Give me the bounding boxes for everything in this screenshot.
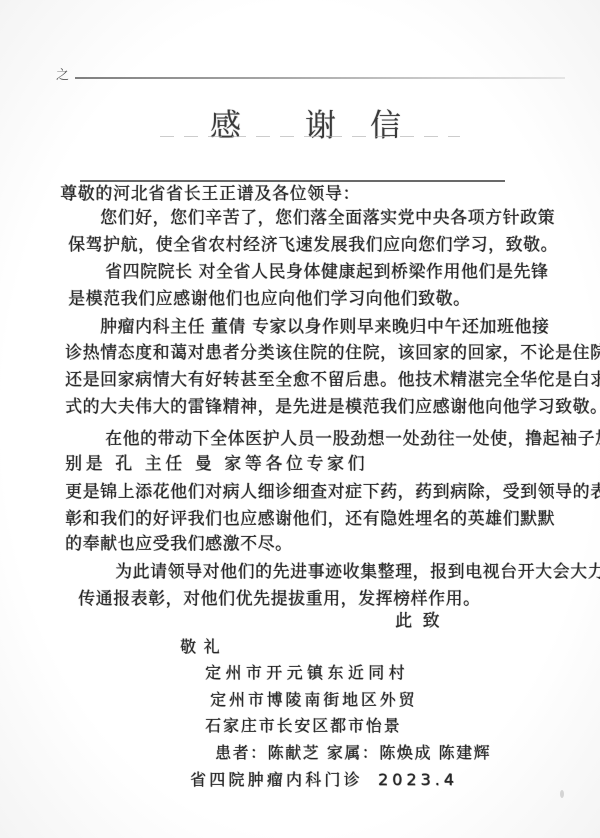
closing-zhici: 此致 <box>395 609 440 633</box>
body-line: 为此请领导对他们的先进事迹收集整理，报到电视台开大会大力宣 <box>115 560 545 584</box>
patient-family-names: 患者：陈献芝 家属：陈焕成 陈建辉 <box>215 741 490 765</box>
sender-address: 定州市博陵南街地区外贸 <box>210 688 415 712</box>
body-line: 您们好，您们辛苦了，您们落全面落实党中央各项方针政策 <box>100 206 530 230</box>
body-line: 的奉献也应受我们感激不尽。 <box>65 532 290 556</box>
department: 省四院肿瘤内科门诊 <box>190 768 360 792</box>
sender-address: 石家庄市长安区都市怡景 <box>205 714 400 738</box>
body-line: 保驾护航，使全省农村经济飞速发展我们应向您们学习，致敬。 <box>68 233 508 257</box>
body-line: 是模范我们应感谢他们也应向他们学习向他们致敬。 <box>68 287 458 311</box>
salutation: 尊敬的河北省省长王正谱及各位领导： <box>60 182 360 206</box>
body-line: 彰和我们的好评我们也应感谢他们，还有隐姓埋名的英雄们默默 <box>65 507 540 531</box>
body-line: 肿瘤内科主任 董倩 专家以身作则早来晚归中午还加班他接 <box>100 315 545 339</box>
title-char: 谢 <box>305 100 336 145</box>
letter-date: 2023.4 <box>378 768 458 792</box>
corner-mark: 之 <box>56 64 69 83</box>
top-rule-line <box>75 77 565 79</box>
sender-address: 定州市开元镇东近同村 <box>205 661 405 685</box>
title-char: 信 <box>370 100 401 145</box>
title-underline <box>160 136 460 137</box>
body-line: 在他的带动下全体医护人员一股劲想一处劲往一处使，撸起袖子加油干特 <box>105 427 545 451</box>
body-line: 还是回家病情大有好转甚至全愈不留后患。他技术精湛完全华佗是白求恩 <box>65 368 540 392</box>
scanned-letter-page: 之 感 谢 信 尊敬的河北省省长王正谱及各位领导： 您们好，您们辛苦了，您们落全… <box>0 0 600 838</box>
body-line: 别是 孔 主任 曼 家等各位专家们 <box>65 452 365 476</box>
body-line: 式的大夫伟大的雷锋精神，是先进是模范我们应感谢他向他学习致敬。 <box>65 395 545 419</box>
body-line: 更是锦上添花他们对病人细诊细查对症下药，药到病除，受到领导的表 <box>65 480 545 504</box>
body-line: 诊热情态度和蔼对患者分类该住院的住院，该回家的回家，不论是住院 <box>65 341 545 365</box>
body-line: 传通报表彰，对他们优先提拔重用，发挥榜样作用。 <box>78 587 438 611</box>
closing-jingli: 敬礼 <box>180 635 220 659</box>
title-char: 感 <box>210 100 241 145</box>
body-line: 省四院院长 对全省人民身体健康起到桥梁作用他们是先锋 <box>105 260 545 284</box>
scan-speck <box>560 790 564 798</box>
